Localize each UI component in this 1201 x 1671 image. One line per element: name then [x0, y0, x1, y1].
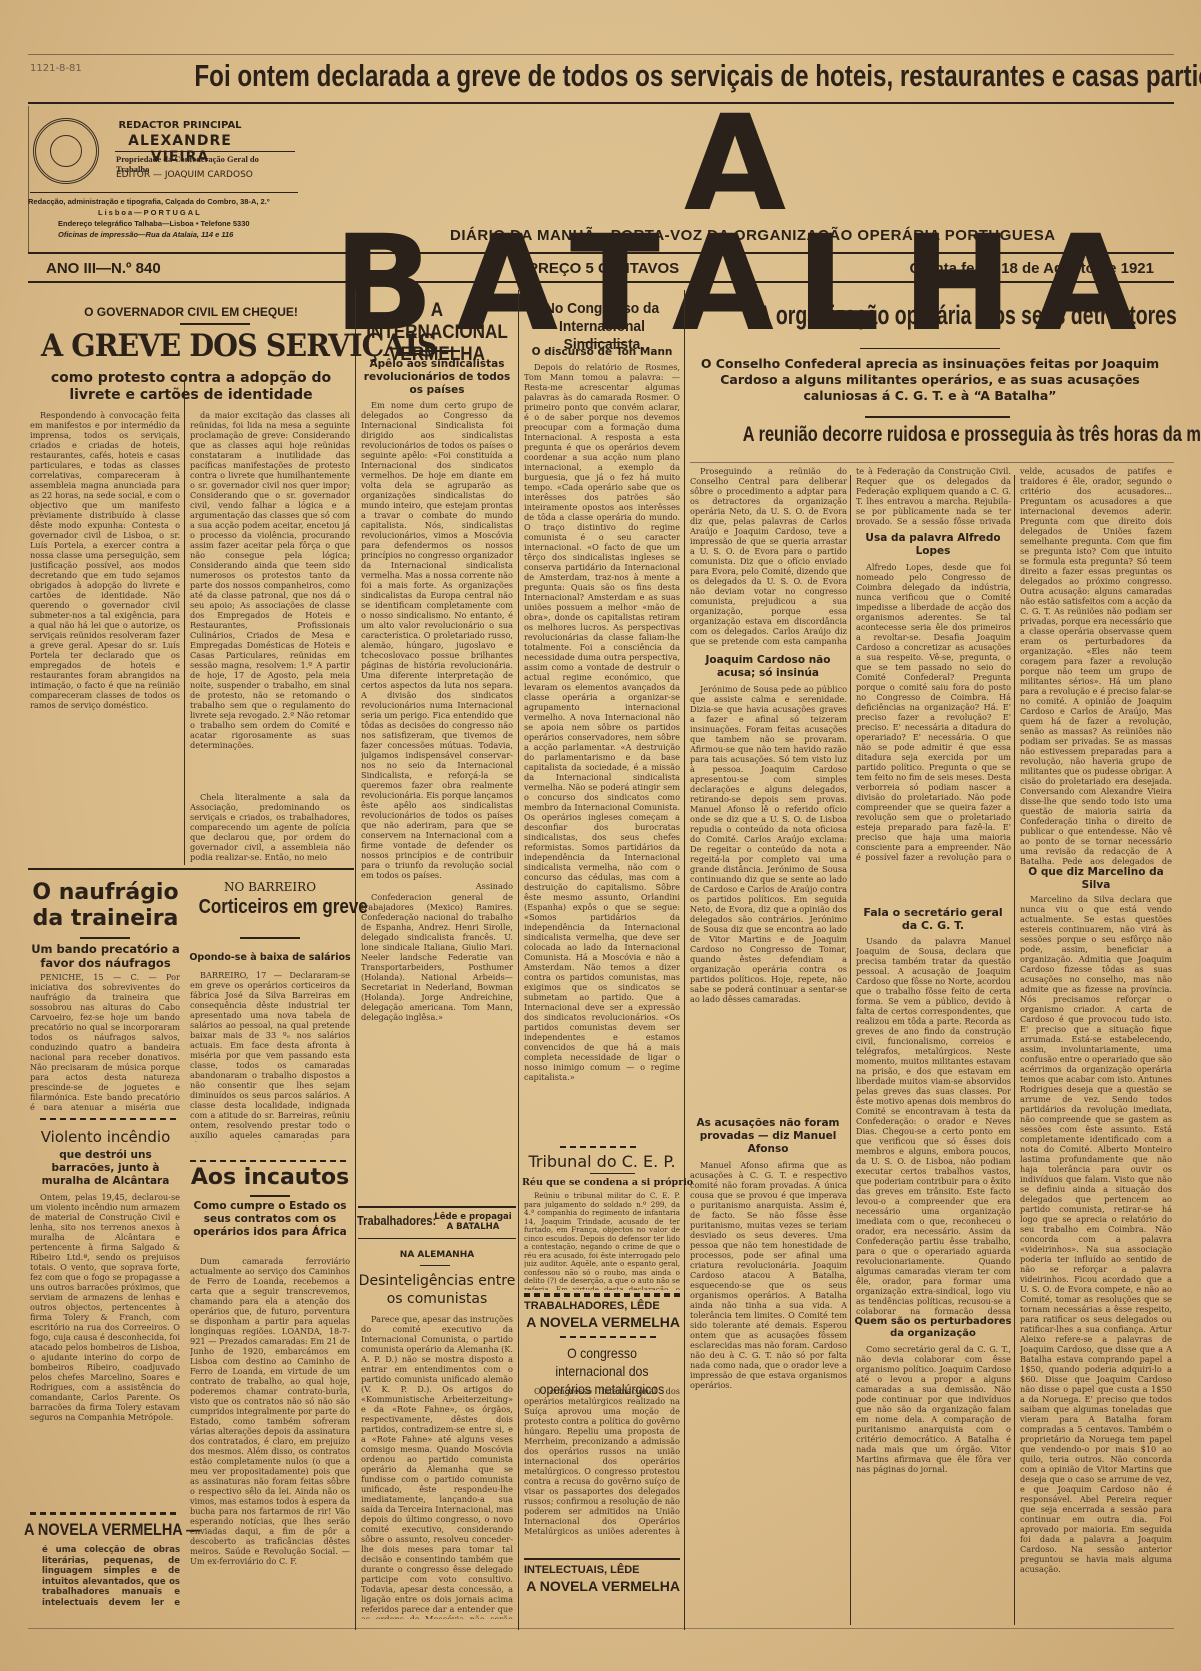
article-body: O congresso internacional dos operários … [524, 1386, 680, 1536]
article-body: Depois do relatório de Rosmes, Tom Mann … [524, 362, 680, 1142]
divider [250, 1195, 290, 1197]
address-line: Lisboa—PORTUGAL [28, 207, 288, 218]
cgt-seal-logo [33, 118, 99, 184]
article-body: Parece que, apesar das instruções do com… [361, 1314, 513, 1619]
article-body: Reüniu o tribunal militar do C. E. P. pa… [524, 1192, 680, 1290]
article-headline: A GREVE DOS SERVIÇAIS [41, 328, 341, 364]
address-line: Endereço telegráfico Talhaba—Lisboa • Te… [28, 218, 288, 229]
divider [524, 1558, 680, 1560]
seal-inner-ring [50, 135, 82, 167]
column-rule [184, 380, 185, 865]
issue-date: Quinta feira, 18 de Agosto de 1921 [909, 260, 1154, 277]
article-headline: Desinteligências entre os comunistas [358, 1272, 516, 1308]
advert-text: Lêde e propagai A BATALHA [430, 1212, 516, 1232]
article-body: Ontem, pelas 19,45, declarou-se um viole… [30, 1192, 180, 1512]
column-rule [518, 290, 519, 1630]
article-deck: O Conselho Confederal aprecia as insinua… [690, 356, 1170, 404]
article-body: Manuel Afonso afirma que as acusações à … [690, 1160, 847, 1620]
section-subhead: Joaquim Cardoso não acusa; só insinúa [688, 654, 848, 680]
column-rule [850, 475, 851, 1625]
column-rule [1014, 475, 1015, 1625]
advert-line: TRABALHADORES, LÊDE [524, 1300, 680, 1312]
article-headline: O naufrágio da traineira [28, 880, 183, 932]
article-deck: como protesto contra a adopção do livret… [28, 370, 354, 404]
article-kicker: NA ALEMANHA [358, 1250, 516, 1260]
newspaper-page: 1121-8-81 Foi ontem declarada a greve de… [0, 0, 1201, 1671]
divider [28, 252, 1174, 254]
divider [865, 416, 1010, 418]
article-body: Em nome dum certo grupo de delegados ao … [361, 400, 513, 1082]
address-line: Oficinas de impressão—Rua da Atalaia, 11… [28, 229, 288, 240]
section-subhead: As acusações não foram provadas — diz Ma… [688, 1117, 848, 1156]
article-body: Usando da palavra Manuel Joaquim de Sous… [856, 936, 1011, 1314]
divider [40, 1118, 180, 1120]
article-headline: A INTERNACIONAL VERMELHA [366, 300, 508, 366]
redactor-label: REDACTOR PRINCIPAL [100, 120, 260, 131]
advert-line: A NOVELA VERMELHA [524, 1578, 680, 1594]
article-kicker: O GOVERNADOR CIVIL EM CHEQUE! [28, 305, 354, 319]
article-deck: Réu que se condena a si próprio [522, 1177, 682, 1188]
article-deck: que destrói uns barracões, junto à mural… [28, 1149, 183, 1188]
divider [80, 937, 130, 939]
advert-line: A NOVELA VERMELHA [524, 1314, 680, 1330]
editor-line: EDITOR — JOAQUIM CARDOSO [116, 170, 286, 180]
article-deck: Um bando precatório a favor dos náufrago… [28, 942, 183, 970]
archive-date-stamp: 1121-8-81 [30, 63, 82, 74]
divider [28, 281, 1174, 283]
price: PREÇO 5 CENTAVOS [528, 260, 679, 277]
article-body: Como secretário geral da C. G. T., não d… [856, 1344, 1011, 1620]
article-body: velde, acusados de patifes e traidores é… [1020, 466, 1172, 866]
divider [28, 1628, 1174, 1629]
divider [420, 1265, 450, 1266]
divider [115, 151, 295, 152]
divider [860, 348, 1000, 349]
article-subheadline: A reunião decorre ruidosa e prosseguia à… [743, 423, 1117, 447]
divider [30, 1512, 180, 1515]
issue-number: ANO III—N.º 840 [46, 260, 161, 277]
article-body: BARREIRO, 17 — Declararam-se em greve os… [190, 970, 350, 1142]
divider [560, 1146, 640, 1148]
article-headline: Violento incêndio [28, 1128, 183, 1146]
address-line: Redacção, administração e tipografia, Ca… [28, 196, 288, 207]
address-block: Redacção, administração e tipografia, Ca… [28, 196, 288, 240]
divider [415, 350, 460, 352]
divider [28, 868, 354, 870]
section-subhead: Quem são os perturbadores da organização [854, 1316, 1012, 1340]
article-deck: O discurso de Ton Mann [522, 346, 682, 358]
advert-body: é uma colecção de obras literárias, pequ… [42, 1545, 180, 1607]
divider [30, 192, 298, 193]
article-body: te à Federação da Construção Civil. Requ… [856, 466, 1011, 524]
article-deck: Apêlo aos sindicalistas revolucionários … [358, 358, 516, 397]
divider [240, 937, 300, 939]
article-body: Jerónimo de Sousa pede ao público que as… [690, 684, 847, 1114]
divider [524, 1293, 680, 1297]
newspaper-title: A BATALHA [318, 104, 1174, 224]
section-subhead: Usa da palavra Alfredo Lopes [854, 532, 1012, 558]
article-deck: Opondo-se à baixa de salários [186, 952, 354, 963]
divider [580, 342, 625, 343]
column-rule [355, 290, 356, 1630]
article-body: Proseguindo a reünião do Conselho Centra… [690, 466, 847, 646]
section-subhead: Fala o secretário geral da C. G. T. [854, 906, 1012, 932]
article-deck: Como cumpre o Estado os seus contratos c… [186, 1200, 354, 1239]
article-kicker: NO BARREIRO [186, 880, 354, 894]
divider [180, 323, 250, 325]
article-headline: Corticeiros em greve [199, 896, 342, 919]
column-rule [684, 290, 685, 1630]
divider [190, 1160, 350, 1162]
divider [560, 1336, 660, 1338]
top-banner-headline: Foi ontem declarada a greve de todos os … [194, 58, 1005, 94]
divider [590, 1173, 635, 1174]
article-body: Chela literalmente a sala da Associação,… [190, 792, 350, 866]
divider [358, 1238, 516, 1239]
article-body: PENICHE, 15 — C. — Por iniciativa dos so… [30, 972, 180, 1110]
article-headline: A organização operária e os seus detract… [757, 300, 1103, 331]
divider [358, 1206, 516, 1208]
advert-headline: A NOVELA VERMELHA — [24, 1520, 160, 1540]
article-headline: Tribunal do C. E. P. [522, 1152, 682, 1171]
article-body: da maior excitação das classes ali reüni… [190, 410, 350, 790]
advert-line: INTELECTUAIS, LÊDE [524, 1564, 680, 1576]
divider [28, 54, 1174, 55]
divider [690, 462, 1174, 463]
article-body: Marcelino da Silva declara que nunca viu… [1020, 894, 1172, 1622]
article-body: Respondendo à convocação feita em manife… [30, 410, 180, 865]
advert-label: Trabalhadores: [357, 1213, 417, 1228]
issue-info-bar: ANO III—N.º 840 PREÇO 5 CENTAVOS Quinta … [28, 258, 1174, 280]
section-subhead: O que diz Marcelino da Silva [1018, 866, 1174, 892]
article-body: Alfredo Lopes, desde que foi nomeado pel… [856, 562, 1011, 862]
article-body: Dum camarada ferroviário actualmente ao … [190, 1256, 350, 1608]
newspaper-subtitle: DIÁRIO DA MANHÃ—PORTA-VOZ DA ORGANIZAÇÃO… [450, 227, 1056, 244]
article-headline: Aos incautos [186, 1165, 354, 1190]
